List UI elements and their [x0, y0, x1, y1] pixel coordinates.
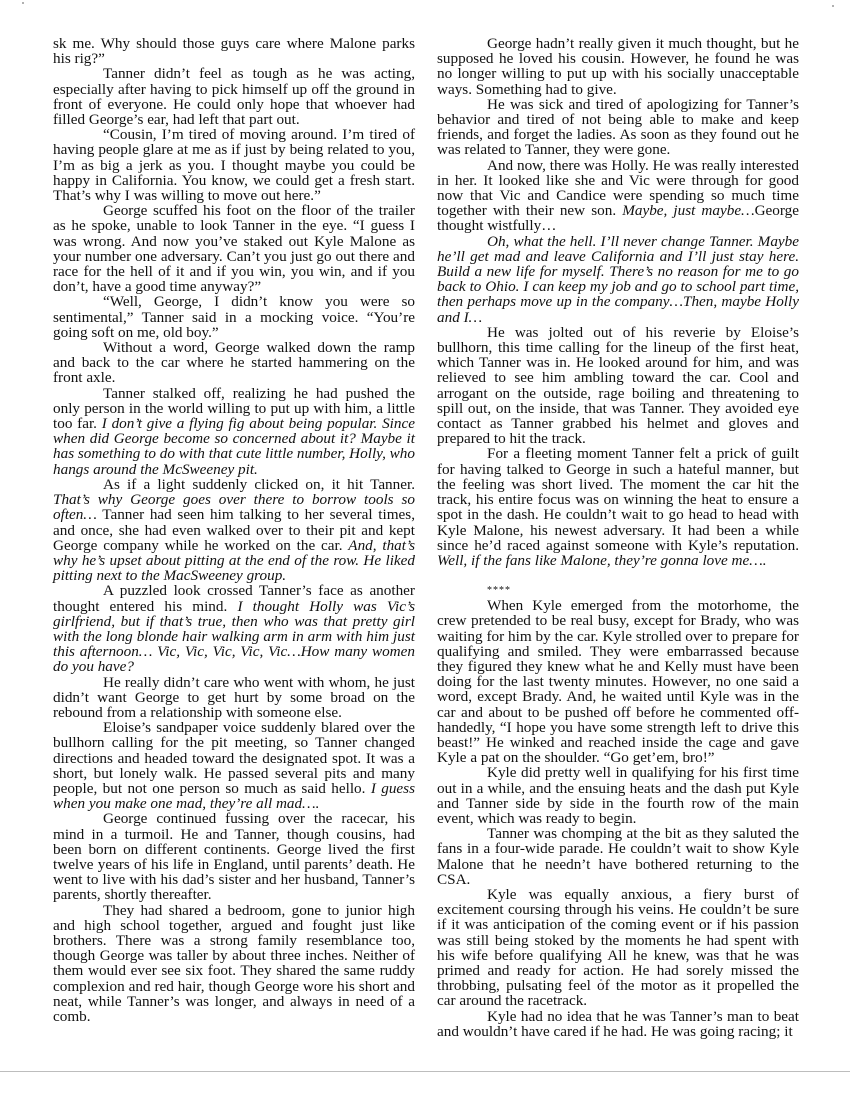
document-page: sk me. Why should those guys care where …: [0, 0, 850, 1100]
scan-speck: [22, 2, 24, 4]
page-bottom-rule: [0, 1071, 850, 1072]
paragraph: A puzzled look crossed Tanner’s face as …: [53, 583, 415, 674]
right-column: George hadn’t really given it much thoug…: [437, 36, 799, 1039]
paragraph: Kyle was equally anxious, a fiery burst …: [437, 887, 799, 1009]
paragraph: When Kyle emerged from the motorhome, th…: [437, 598, 799, 765]
paragraph: Oh, what the hell. I’ll never change Tan…: [437, 234, 799, 325]
paragraph: Eloise’s sandpaper voice suddenly blared…: [53, 720, 415, 811]
paragraph: Without a word, George walked down the r…: [53, 340, 415, 386]
paragraph: For a fleeting moment Tanner felt a pric…: [437, 446, 799, 568]
paragraph: “Well, George, I didn’t know you were so…: [53, 294, 415, 340]
paragraph: Tanner didn’t feel as tough as he was ac…: [53, 66, 415, 127]
paragraph: He really didn’t care who went with whom…: [53, 675, 415, 721]
section-separator: ****: [437, 583, 799, 598]
paragraph: George continued fussing over the raceca…: [53, 811, 415, 902]
scan-speck: [600, 979, 602, 981]
paragraph: Kyle did pretty well in qualifying for h…: [437, 765, 799, 826]
paragraph: They had shared a bedroom, gone to junio…: [53, 903, 415, 1025]
paragraph: George hadn’t really given it much thoug…: [437, 36, 799, 97]
paragraph: And now, there was Holly. He was really …: [437, 158, 799, 234]
paragraph: He was sick and tired of apologizing for…: [437, 97, 799, 158]
paragraph: Kyle had no idea that he was Tanner’s ma…: [437, 1009, 799, 1039]
paragraph: Tanner was chomping at the bit as they s…: [437, 826, 799, 887]
paragraph: George scuffed his foot on the floor of …: [53, 203, 415, 294]
paragraph: Tanner stalked off, realizing he had pus…: [53, 386, 415, 477]
paragraph: He was jolted out of his reverie by Eloi…: [437, 325, 799, 447]
paragraph: “Cousin, I’m tired of moving around. I’m…: [53, 127, 415, 203]
left-column: sk me. Why should those guys care where …: [53, 36, 415, 1024]
paragraph: sk me. Why should those guys care where …: [53, 36, 415, 66]
scan-speck: [832, 5, 834, 7]
paragraph: As if a light suddenly clicked on, it hi…: [53, 477, 415, 583]
